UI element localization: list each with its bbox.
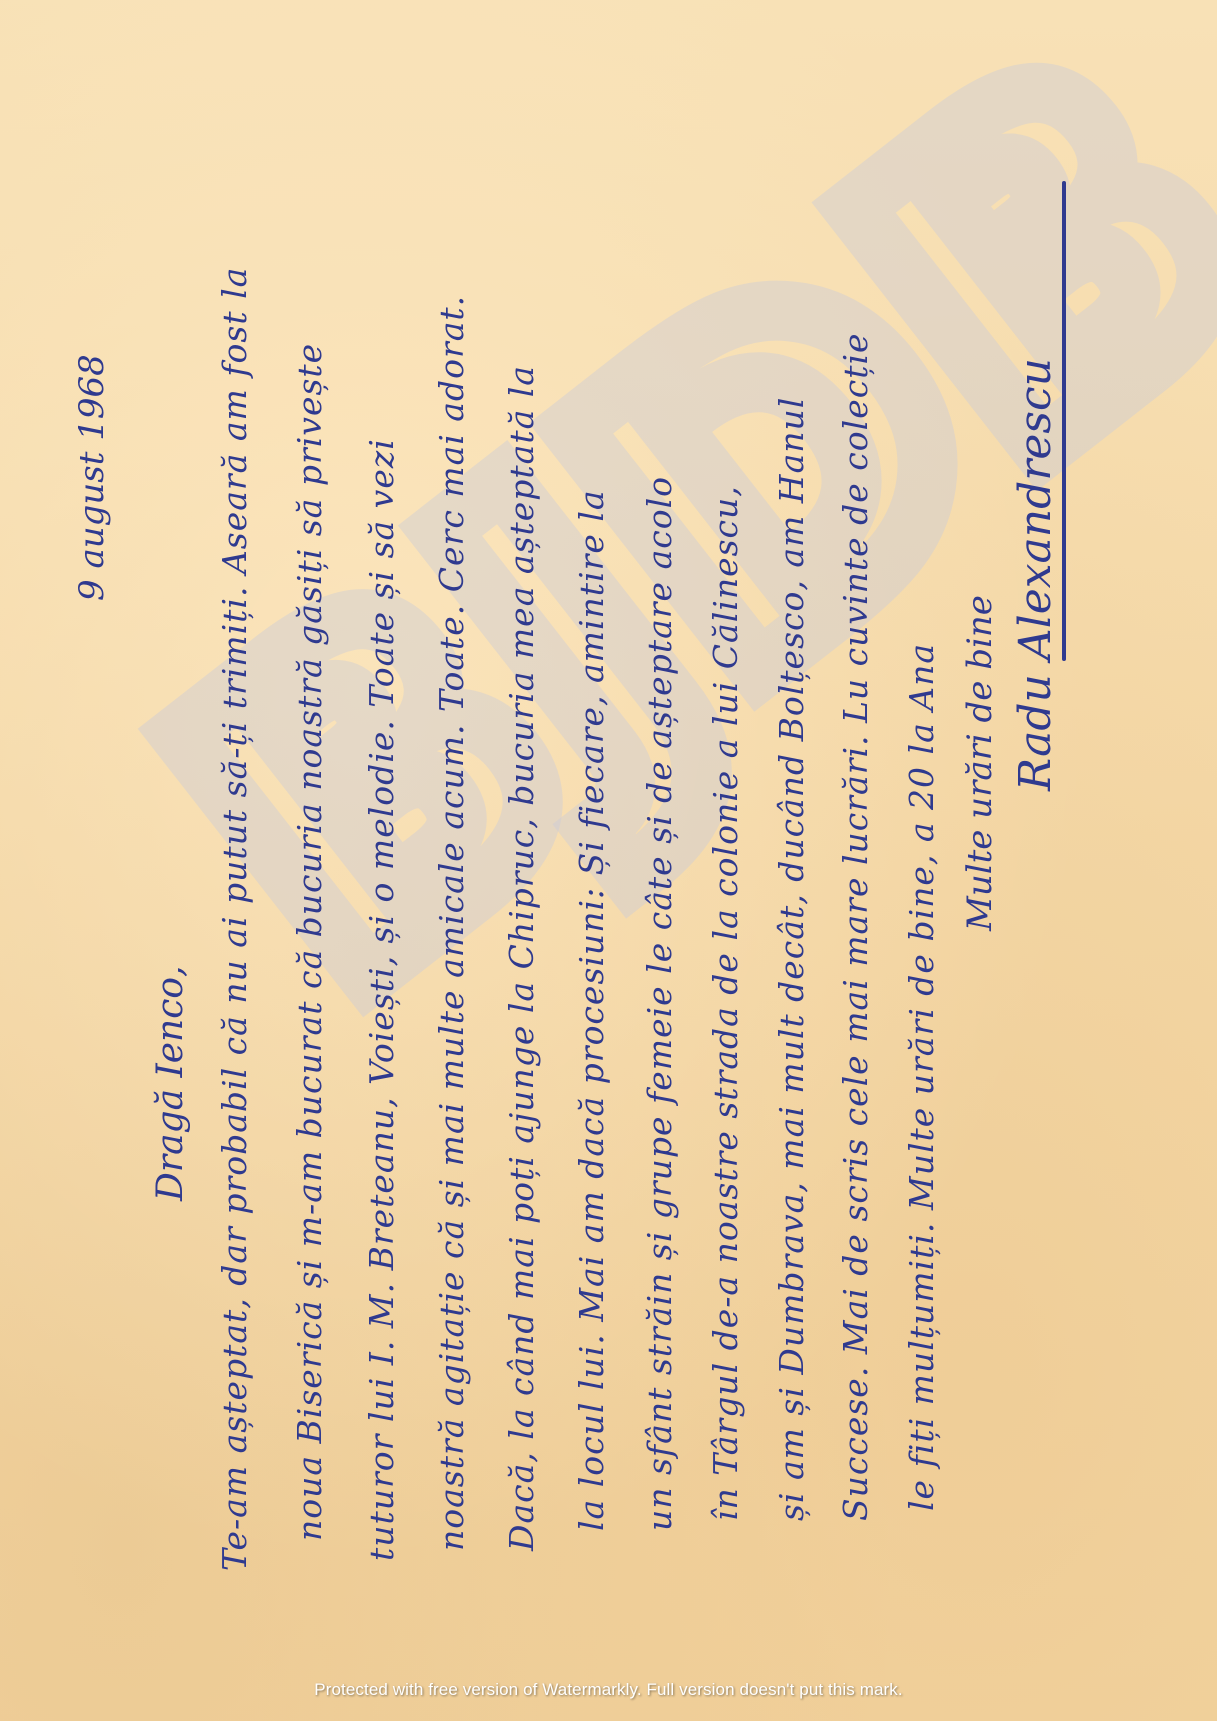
body-line-3: tuturor lui I. M. Breteanu, Voiești, și … <box>362 438 401 1561</box>
body-line-4: noastră agitație că și mai multe amicale… <box>432 295 471 1551</box>
body-line-11: le fiți mulțumiți. Multe urări de bine, … <box>902 643 941 1511</box>
body-line-8: în Târgul de-a noastre strada de la colo… <box>706 485 745 1521</box>
signature-underline <box>1062 181 1066 661</box>
letter-signature: Radu Alexandrescu <box>1010 358 1061 791</box>
body-line-5: Dacă, la când mai poți ajunge la Chipruc… <box>502 365 541 1551</box>
body-line-2: noua Biserică și m-am bucurat că bucuria… <box>290 343 329 1541</box>
watermarkly-footer: Protected with free version of Watermark… <box>0 1680 1217 1700</box>
letter-salutation: Dragă Ienco, <box>150 966 191 1201</box>
body-line-10: Succese. Mai de scris cele mai mare lucr… <box>836 332 875 1521</box>
letter-closing: Multe urări de bine <box>960 595 1000 931</box>
letter-date: 9 august 1968 <box>72 354 112 601</box>
body-line-1: Te-am așteptat, dar probabil că nu ai pu… <box>215 267 254 1571</box>
body-line-6: la locul lui. Mai am dacă procesiuni: Și… <box>572 489 611 1531</box>
letter-content: 9 august 1968 Dragă Ienco, Te-am aștepta… <box>0 0 1217 1721</box>
body-line-9: și am și Dumbrava, mai mult decât, ducân… <box>772 397 811 1521</box>
body-line-7: un sfânt străin și grupe femeie le câte … <box>640 476 679 1531</box>
